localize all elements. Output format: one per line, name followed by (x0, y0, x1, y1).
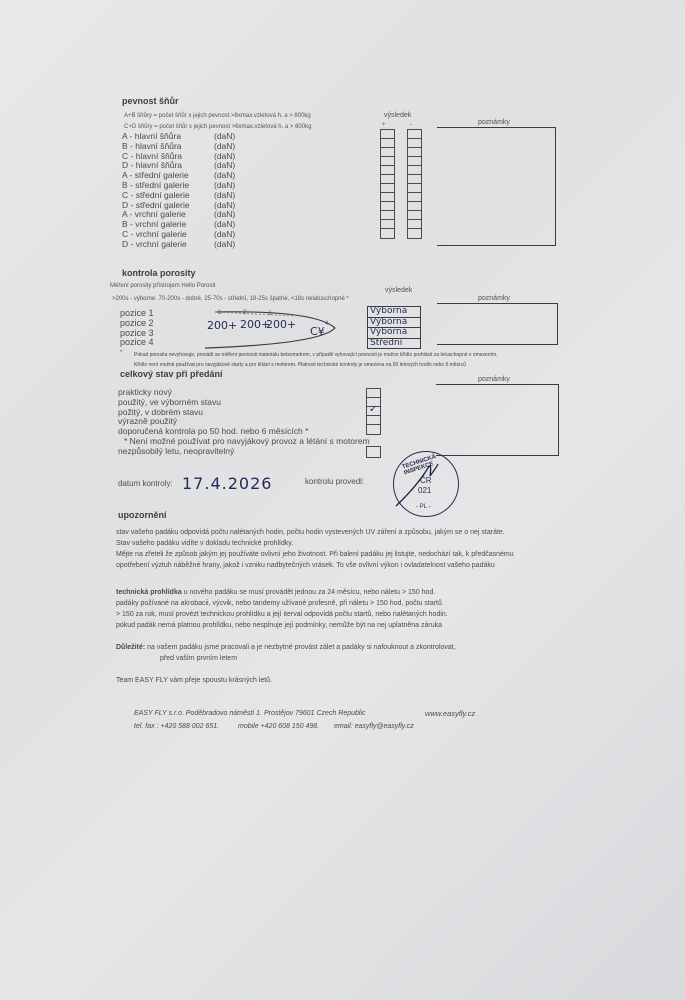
condition-notes-label: poznámky (478, 376, 510, 383)
porosity-scale: >200s - výborne. 70-200s - dobré, 25-70s… (112, 296, 349, 302)
warnings-paragraph-1: stav vašeho padáku odpovídá počtu naléta… (116, 527, 514, 571)
sketch-mark-4: 4 (325, 321, 328, 327)
result-cell[interactable] (408, 220, 421, 229)
footer-email-link[interactable]: email: easyfly@easyfly.cz (334, 721, 414, 732)
porosity-result-cell[interactable]: Střední (368, 339, 420, 349)
result-cell[interactable] (381, 148, 394, 157)
result-cell[interactable] (381, 139, 394, 148)
formula-ab: A+B šňůry = počet šňůr x jejich pevnost … (124, 113, 311, 119)
para2-line-1: u nového padáku se musí provádět jednou … (182, 589, 436, 596)
result-cell[interactable] (381, 184, 394, 193)
porosity-footnote-1: Pokud porosita nevyhovuje, provádí se mě… (134, 352, 498, 358)
porosity-position: pozice 4 (120, 338, 154, 348)
para2-line-4: pokud padák nemá platnou prohlídku, nebo… (116, 620, 448, 631)
result-cell[interactable] (381, 229, 394, 238)
result-cell[interactable] (381, 130, 394, 139)
footer-phone: tel. fax : +420 588 002 651. (134, 721, 219, 732)
result-cell[interactable] (408, 157, 421, 166)
result-cell[interactable] (408, 166, 421, 175)
result-cell[interactable] (408, 175, 421, 184)
col-plus-label: + (382, 122, 386, 128)
important-line-2: před vaším prvním letem (116, 653, 456, 664)
para1-line: Mějte na zřeteli že způsob jakým jej pou… (116, 549, 514, 560)
result-cell[interactable] (408, 211, 421, 220)
team-greeting: Team EASY FLY vám přeje spoustu krásných… (116, 675, 272, 686)
porosity-result-cell[interactable]: Výborná (368, 307, 420, 318)
para1-line: Stav vašeho padáku vidíte v dokladu tech… (116, 538, 514, 549)
result-cell[interactable] (381, 157, 394, 166)
date-value[interactable]: 17.4.2026 (182, 474, 272, 493)
date-label: datum kontroly: (118, 479, 173, 488)
col-minus-label: - (410, 122, 412, 128)
porosity-notes-box[interactable] (437, 303, 558, 345)
porosity-method: Měření porosity přístrojem Hello Porosit (110, 283, 215, 289)
important-line-1: na vašem padáku jsme pracovali a je nezb… (145, 644, 456, 651)
signature-stroke-icon (392, 456, 452, 511)
sketch-mark-1: 1 (218, 310, 221, 316)
para2-line-2: padáky požívané na akrobacii, výcvik, ne… (116, 598, 448, 609)
condition-checkbox[interactable] (367, 425, 380, 434)
checkmark-icon: ✓ (369, 404, 377, 415)
warnings-title: upozornění (118, 510, 167, 520)
result-cell[interactable] (381, 166, 394, 175)
result-cell[interactable] (408, 229, 421, 238)
condition-checkbox[interactable]: ✓ (367, 407, 380, 416)
measured-value-4: C¥ (310, 325, 325, 338)
measured-value-3: 200+ (266, 318, 296, 331)
line-result-label: výsledek (384, 112, 411, 119)
result-cell[interactable] (381, 202, 394, 211)
line-notes-label: poznámky (478, 119, 510, 126)
line-row-label: D - vrchní galerie (122, 240, 214, 250)
footer-mobile: mobile +420 608 150 498. (238, 721, 319, 732)
footer-company: EASY FLY s.r.o. Poděbradovo náměstí 1. P… (134, 708, 366, 719)
line-strength-rows: A - hlavní šňůra(daN)B - hlavní šňůra(da… (122, 132, 235, 250)
porosity-positions: pozice 1pozice 2pozice 3pozice 4 (120, 309, 154, 348)
line-strength-title: pevnost šňůr (122, 96, 179, 106)
inspection-lead: technická prohlídka (116, 589, 182, 596)
measured-value-1: 200+ (207, 319, 237, 332)
para1-line: stav vašeho padáku odpovídá počtu naléta… (116, 527, 514, 538)
line-row-unit: (daN) (214, 240, 235, 250)
porosity-result-cell[interactable]: Výborná (368, 328, 420, 339)
result-cell[interactable] (381, 211, 394, 220)
condition-checkbox[interactable] (367, 416, 380, 425)
porosity-result-label: výsledek (385, 287, 412, 294)
result-cell[interactable] (408, 184, 421, 193)
porosity-results-box[interactable]: VýbornáVýbornáVýbornáStřední (367, 306, 421, 349)
important-lead: Důležité: (116, 644, 145, 651)
line-strength-row: D - vrchní galerie(daN) (122, 240, 235, 250)
result-cell[interactable] (381, 220, 394, 229)
footer-web-link[interactable]: www.easyfly.cz (425, 708, 475, 719)
line-result-minus-column[interactable] (407, 129, 422, 239)
condition-options: prakticky novýpoužitý, ve výborném stavu… (118, 388, 370, 457)
porosity-title: kontrola porosity (122, 268, 196, 278)
porosity-result-cell[interactable]: Výborná (368, 318, 420, 329)
line-result-plus-column[interactable] (380, 129, 395, 239)
result-cell[interactable] (408, 139, 421, 148)
condition-notes-box[interactable] (436, 384, 559, 456)
inspector-label: kontrolu provedl: (305, 477, 364, 486)
condition-checkbox[interactable] (367, 389, 380, 398)
result-cell[interactable] (408, 148, 421, 157)
para1-line: opotřebení výztuh náběžné hrany, jakož i… (116, 560, 514, 571)
result-cell[interactable] (381, 193, 394, 202)
footnote-mark: * (120, 350, 122, 356)
condition-checkbox-column[interactable]: ✓ (366, 388, 381, 435)
sketch-mark-2: 2 (243, 310, 246, 316)
para2-line-3: > 150 za rok, musí provézt technickou pr… (116, 609, 448, 620)
condition-title: celkový stav při předání (120, 369, 223, 379)
result-cell[interactable] (408, 193, 421, 202)
result-cell[interactable] (408, 202, 421, 211)
important-note: Důležité: na vašem padáku jsme pracovali… (116, 642, 456, 664)
porosity-notes-label: poznámky (478, 295, 510, 302)
condition-unfit: nezpůsobilý letu, neopravitelný (118, 447, 370, 457)
unfit-checkbox[interactable] (366, 446, 381, 458)
result-cell[interactable] (381, 175, 394, 184)
warnings-paragraph-2: technická prohlídka u nového padáku se m… (116, 587, 448, 631)
sketch-mark-3: 3 (268, 311, 271, 317)
result-cell[interactable] (408, 130, 421, 139)
formula-cd: C+D šňůry = počet šňůr x jejich pevnost … (124, 124, 311, 130)
inspection-stamp-icon: TECHNICKÁ INSPEKCE ČR 021 - PL - (393, 451, 459, 517)
line-notes-box[interactable] (437, 127, 556, 246)
porosity-footnote-2: Křídlo není možné používat pro navyjákov… (134, 362, 466, 368)
